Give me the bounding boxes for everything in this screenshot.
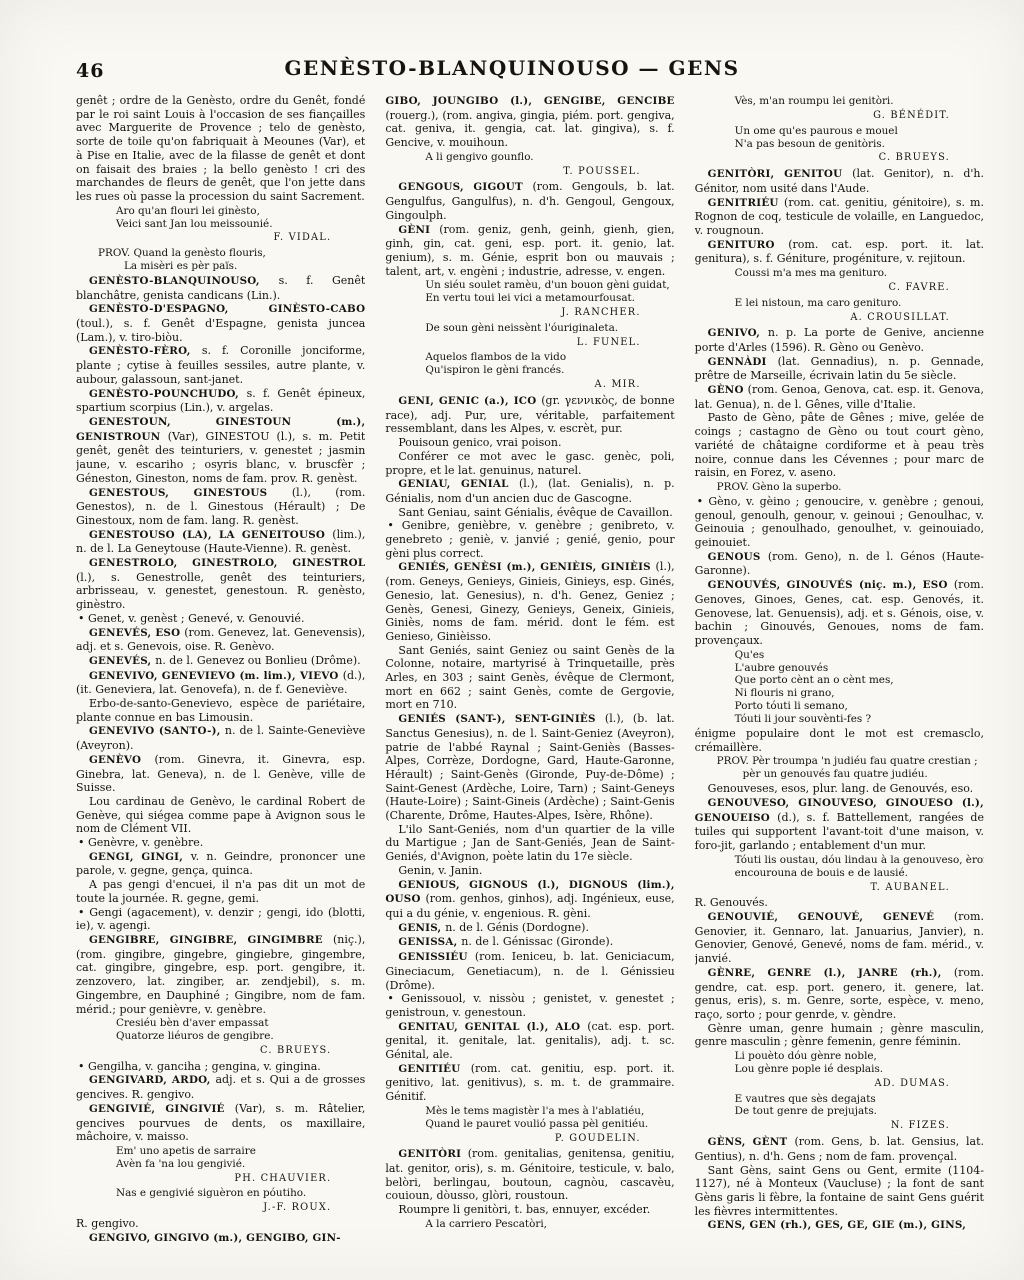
- verse-line: N'a pas besoun de genitòris.: [735, 138, 984, 151]
- entry-headword: GENESTOUSO (LA), LA GENEITOUSO: [89, 529, 332, 541]
- paragraph: • Genet, v. genèst ; Genevé, v. Genouvié…: [76, 612, 365, 626]
- dictionary-entry: GENÈSTO-BLANQUINOUSO, s. f. Genêt blanch…: [76, 274, 365, 302]
- verse-line: E lei nistoun, ma caro genituro.: [735, 297, 984, 310]
- paragraph: énigme populaire dont le mot est cremasc…: [695, 727, 984, 754]
- dictionary-entry: GENI, GENIC (a.), ICO (gr. γεννικὸς, de …: [385, 394, 674, 436]
- entry-headword: GENEVIVO, GENEVIEVO (m. lim.), VIEVO: [89, 670, 343, 682]
- citation-author: A. MIR.: [385, 378, 674, 392]
- verse-line: Un siéu soulet ramèu, d'un bouon gèni gu…: [425, 279, 674, 292]
- verse-line: Que porto cènt an o cènt mes,: [735, 674, 984, 687]
- verse-quote: Qu'esL'aubre genouvésQue porto cènt an o…: [735, 649, 984, 726]
- dictionary-entry: GENIÉS (SANT-), SENT-GINIÈS (l.), (b. la…: [385, 712, 674, 823]
- paragraph: Lou cardinau de Genèvo, le cardinal Robe…: [76, 795, 365, 836]
- verse-line: Tóuti li jour souvènti-fes ?: [735, 713, 984, 726]
- dictionary-entry: GENÈVO (rom. Ginevra, it. Ginevra, esp. …: [76, 753, 365, 795]
- verse-line: Cresiéu bèn d'aver empassat: [116, 1017, 365, 1030]
- verse-line: E vautres que sès degajats: [735, 1093, 984, 1106]
- text-columns: genêt ; ordre de la Genèsto, ordre du Ge…: [76, 94, 984, 1260]
- paragraph: Erbo-de-santo-Genevievo, espèce de parié…: [76, 697, 365, 724]
- dictionary-entry: GENS, GEN (rh.), GES, GE, GIE (m.), GINS…: [695, 1218, 984, 1233]
- prov-line: PROV. Quand la genèsto flouris,: [98, 247, 365, 260]
- paragraph: • Gèno, v. gèino ; genoucire, v. genèbre…: [695, 495, 984, 550]
- verse-quote: E lei nistoun, ma caro genituro.: [735, 297, 984, 310]
- entry-headword: GENOUVESO, GINOUVESO, GINOUESO (l.), GEN…: [695, 797, 984, 824]
- dictionary-entry: GENESTOUS, GINESTOUS (l.), (rom. Genesto…: [76, 486, 365, 528]
- citation-author: L. FUNEL.: [385, 336, 674, 350]
- paragraph: Roumpre li genitòri, t. bas, ennuyer, ex…: [385, 1203, 674, 1217]
- entry-headword: GENITIÉU: [398, 1063, 470, 1075]
- verse-quote: Aquelos flambos de la vidoQu'ispiron le …: [425, 351, 674, 377]
- dictionary-entry: GENITURO (rom. cat. esp. port. it. lat. …: [695, 238, 984, 266]
- entry-headword: GENIVO,: [708, 327, 768, 339]
- verse-quote: E vautres que sès degajatsDe tout genre …: [735, 1093, 984, 1119]
- proverb: PROV. Gèno la superbo.: [717, 481, 984, 494]
- verse-line: Un ome qu'es paurous e mouel: [735, 125, 984, 138]
- entry-headword: GENEVIVO (SANTO-),: [89, 725, 225, 737]
- verse-quote: Nas e gengivié siguèron en póutiho.: [116, 1187, 365, 1200]
- citation-author: C. FAVRE.: [695, 281, 984, 295]
- dictionary-entry: GENITÒRI (rom. genitalias, genitensa, ge…: [385, 1147, 674, 1203]
- entry-headword: GENIÉS (SANT-), SENT-GINIÈS: [398, 713, 605, 725]
- dictionary-entry: GENISSIÉU (rom. Ieniceu, b. lat. Genicia…: [385, 950, 674, 992]
- entry-headword: GENÈVO: [89, 754, 154, 766]
- dictionary-entry: GENOUVIÉ, GENOUVÉ, GENEVÉ (rom. Genovier…: [695, 910, 984, 966]
- verse-line: Ni flouris ni grano,: [735, 687, 984, 700]
- entry-headword: GENÈSTO-POUNCHUDO,: [89, 388, 247, 400]
- verse-line: Vès, m'an roumpu lei genitòri.: [735, 95, 984, 108]
- paragraph: genêt ; ordre de la Genèsto, ordre du Ge…: [76, 94, 365, 204]
- entry-headword: GENÈSTO-BLANQUINOUSO,: [89, 275, 279, 287]
- verse-line: encourouna de bouis e de lausié.: [735, 867, 984, 880]
- dictionary-entry: GENGIVO, GINGIVO (m.), GENGIBO, GIN-: [76, 1231, 365, 1246]
- verse-line: Qu'ispiron le gèni francés.: [425, 364, 674, 377]
- prov-line: La misèri es pèr païs.: [124, 260, 365, 273]
- entry-headword: GENITURO: [708, 239, 789, 251]
- verse-quote: Cresiéu bèn d'aver empassatQuatorze liéu…: [116, 1017, 365, 1043]
- dictionary-entry: GENITRIÉU (rom. cat. genitiu, génitoire)…: [695, 196, 984, 238]
- paragraph: Sant Geniés, saint Geniez ou saint Genès…: [385, 644, 674, 713]
- dictionary-entry: GÈNO (rom. Genoa, Genova, cat. esp. it. …: [695, 383, 984, 411]
- verse-line: Aquelos flambos de la vido: [425, 351, 674, 364]
- paragraph: L'ilo Sant-Geniés, nom d'un quartier de …: [385, 823, 674, 864]
- dictionary-entry: GENEVÉS, ESO (rom. Genevez, lat. Geneven…: [76, 626, 365, 654]
- citation-author: T. AUBANEL.: [695, 881, 984, 895]
- paragraph: Sant Gèns, saint Gens ou Gent, ermite (1…: [695, 1164, 984, 1219]
- citation-author: G. BÉNÉDIT.: [695, 109, 984, 123]
- citation-author: F. VIDAL.: [76, 231, 365, 245]
- paragraph: • Genibre, genièbre, v. genèbre ; genibr…: [385, 519, 674, 560]
- entry-headword: GÈNRE, GENRE (l.), JANRE (rh.),: [708, 967, 954, 979]
- verse-line: De tout genre de prejujats.: [735, 1105, 984, 1118]
- entry-headword: GENESTOUN, GINESTOUN (m.), GENISTROUN: [76, 416, 365, 443]
- citation-author: PH. CHAUVIER.: [76, 1172, 365, 1186]
- text-column-2: GIBO, JOUNGIBO (l.), GENGIBE, GENCIBE (r…: [385, 94, 674, 1260]
- verse-quote: Vès, m'an roumpu lei genitòri.: [735, 95, 984, 108]
- proverb: PROV. Pèr troumpa 'n judiéu fau quatre c…: [717, 755, 984, 781]
- dictionary-entry: GENESTOUSO (LA), LA GENEITOUSO (lim.), n…: [76, 528, 365, 556]
- verse-line: Li pouèto dóu gènre noble,: [735, 1050, 984, 1063]
- verse-line: A li gengivo gounflo.: [425, 151, 674, 164]
- dictionary-entry: GENÈSTO-POUNCHUDO, s. f. Genêt épineux, …: [76, 387, 365, 415]
- dictionary-entry: GENGOUS, GIGOUT (rom. Gengouls, b. lat. …: [385, 180, 674, 222]
- verse-line: Quand le pauret voulió passa pèl genitié…: [425, 1118, 674, 1131]
- verse-line: Lou gènre pople ié desplais.: [735, 1063, 984, 1076]
- dictionary-entry: GENÈSTO-D'ESPAGNO, GINÈSTO-CABO (toul.),…: [76, 302, 365, 344]
- entry-headword: GENEVÉS, ESO: [89, 627, 184, 639]
- citation-author: J.-F. ROUX.: [76, 1201, 365, 1215]
- dictionary-entry: GENEVIVO, GENEVIEVO (m. lim.), VIEVO (d.…: [76, 669, 365, 697]
- verse-line: Qu'es: [735, 649, 984, 662]
- citation-author: J. RANCHER.: [385, 306, 674, 320]
- dictionary-entry: GÈNI (rom. geniz, genh, geinh, gienh, gi…: [385, 223, 674, 279]
- dictionary-entry: GENESTROLO, GINESTROLO, GINESTROL (l.), …: [76, 556, 365, 612]
- entry-headword: GIBO, JOUNGIBO (l.), GENGIBE, GENCIBE: [385, 95, 674, 107]
- dictionary-entry: GENEVIVO (SANTO-), n. de l. Sainte-Genev…: [76, 724, 365, 752]
- dictionary-entry: GENGIBRE, GINGIBRE, GINGIMBRE (niç.), (r…: [76, 933, 365, 1016]
- text-column-1: genêt ; ordre de la Genèsto, ordre du Ge…: [76, 94, 365, 1260]
- dictionary-entry: GENITAU, GENITAL (l.), ALO (cat. esp. po…: [385, 1020, 674, 1062]
- paragraph: A pas gengi d'encuei, il n'a pas dit un …: [76, 878, 365, 905]
- entry-headword: GENIOUS, GIGNOUS (l.), DIGNOUS (lim.), O…: [385, 879, 674, 906]
- verse-quote: Tóuti lis oustau, dóu lindau à la genouv…: [735, 854, 984, 880]
- citation-author: AD. DUMAS.: [695, 1077, 984, 1091]
- page-header: 46 GENÈSTO-BLANQUINOUSO — GENS: [0, 56, 1024, 90]
- verse-line: Porto tóuti li semano,: [735, 700, 984, 713]
- entry-headword: GENGI, GINGI,: [89, 851, 191, 863]
- paragraph: Genouveses, esos, plur. lang. de Genouvé…: [695, 782, 984, 796]
- entry-headword: GENGIVO, GINGIVO (m.), GENGIBO, GIN-: [89, 1232, 341, 1244]
- verse-quote: A li gengivo gounflo.: [425, 151, 674, 164]
- paragraph: • Gengilha, v. ganciha ; gengina, v. gin…: [76, 1060, 365, 1074]
- entry-headword: GENOUS: [708, 551, 768, 563]
- dictionary-entry: GENOUS (rom. Geno), n. de l. Génos (Haut…: [695, 550, 984, 578]
- entry-headword: GENGIVARD, ARDO,: [89, 1074, 215, 1086]
- paragraph: • Genissouol, v. nissòu ; genistet, v. g…: [385, 992, 674, 1019]
- verse-line: Em' uno apetis de sarraire: [116, 1145, 365, 1158]
- verse-quote: Coussi m'a mes ma genituro.: [735, 267, 984, 280]
- dictionary-entry: GENIAU, GENIAL (l.), (lat. Genialis), n.…: [385, 477, 674, 505]
- prov-line: pèr un genouvés fau quatre judiéu.: [743, 768, 984, 781]
- entry-headword: GENNÀDI: [708, 356, 778, 368]
- dictionary-entry: GENÈSTO-FÈRO, s. f. Coronille jonciforme…: [76, 344, 365, 386]
- citation-author: A. CROUSILLAT.: [695, 311, 984, 325]
- entry-headword: GENOUVIÉ, GENOUVÉ, GENEVÉ: [708, 911, 954, 923]
- running-title: GENÈSTO-BLANQUINOUSO — GENS: [0, 56, 1024, 80]
- verse-line: A la carriero Pescatòri,: [425, 1218, 674, 1231]
- verse-quote: A la carriero Pescatòri,: [425, 1218, 674, 1231]
- paragraph: R. Genouvés.: [695, 896, 984, 910]
- entry-headword: GENS, GEN (rh.), GES, GE, GIE (m.), GINS…: [708, 1219, 966, 1231]
- verse-line: Tóuti lis oustau, dóu lindau à la genouv…: [735, 854, 984, 867]
- entry-headword: GENITAU, GENITAL (l.), ALO: [398, 1021, 587, 1033]
- prov-line: PROV. Pèr troumpa 'n judiéu fau quatre c…: [717, 755, 984, 768]
- citation-author: T. POUSSEL.: [385, 165, 674, 179]
- dictionary-entry: GENOUVESO, GINOUVESO, GINOUESO (l.), GEN…: [695, 796, 984, 853]
- verse-line: Avèn fa 'na lou gengivié.: [116, 1158, 365, 1171]
- text-column-3: Vès, m'an roumpu lei genitòri.G. BÉNÉDIT…: [695, 94, 984, 1260]
- verse-line: En vertu toui lei vici a metamourfousat.: [425, 292, 674, 305]
- verse-quote: De soun gèni neissènt l'óuriginaleta.: [425, 322, 674, 335]
- entry-headword: GENGOUS, GIGOUT: [398, 181, 532, 193]
- paragraph: Conférer ce mot avec le gasc. genèc, pol…: [385, 450, 674, 477]
- entry-headword: GENÈSTO-FÈRO,: [89, 345, 202, 357]
- dictionary-entry: GENGIVARD, ARDO, adj. et s. Qui a de gro…: [76, 1073, 365, 1101]
- entry-headword: GENITÒRI: [398, 1148, 467, 1160]
- dictionary-entry: GENIS, n. de l. Génis (Dordogne).: [385, 921, 674, 936]
- entry-headword: GÈNS, GÈNT: [708, 1136, 795, 1148]
- dictionary-entry: GENEVÉS, n. de l. Genevez ou Bonlieu (Dr…: [76, 654, 365, 669]
- verse-line: Nas e gengivié siguèron en póutiho.: [116, 1187, 365, 1200]
- entry-headword: GENESTROLO, GINESTROLO, GINESTROL: [89, 557, 365, 569]
- verse-quote: Li pouèto dóu gènre noble,Lou gènre popl…: [735, 1050, 984, 1076]
- entry-headword: GENITRIÉU: [708, 197, 784, 209]
- citation-author: N. FIZES.: [695, 1119, 984, 1133]
- paragraph: Pouisoun genico, vrai poison.: [385, 436, 674, 450]
- dictionary-entry: GENIVO, n. p. La porte de Genive, ancien…: [695, 326, 984, 354]
- entry-headword: GENÈSTO-D'ESPAGNO, GINÈSTO-CABO: [89, 303, 365, 315]
- entry-headword: GENGIBRE, GINGIBRE, GINGIMBRE: [89, 934, 333, 946]
- verse-line: Veici sant Jan lou meissounié.: [116, 218, 365, 231]
- verse-line: De soun gèni neissènt l'óuriginaleta.: [425, 322, 674, 335]
- entry-headword: GENIAU, GENIAL: [398, 478, 519, 490]
- verse-quote: Un siéu soulet ramèu, d'un bouon gèni gu…: [425, 279, 674, 305]
- verse-quote: Mès le tems magistèr l'a mes à l'ablatié…: [425, 1105, 674, 1131]
- dictionary-entry: GENITÒRI, GENITOU (lat. Genitor), n. d'h…: [695, 167, 984, 195]
- dictionary-entry: GENIOUS, GIGNOUS (l.), DIGNOUS (lim.), O…: [385, 878, 674, 921]
- dictionary-entry: GENOUVÉS, GINOUVÉS (niç. m.), ESO (rom. …: [695, 578, 984, 648]
- entry-headword: GENIS,: [398, 922, 445, 934]
- dictionary-entry: GENESTOUN, GINESTOUN (m.), GENISTROUN (V…: [76, 415, 365, 486]
- verse-quote: Em' uno apetis de sarraireAvèn fa 'na lo…: [116, 1145, 365, 1171]
- verse-line: L'aubre genouvés: [735, 662, 984, 675]
- entry-headword: GÈNO: [708, 384, 748, 396]
- dictionary-entry: GENITIÉU (rom. cat. genitiu, esp. port. …: [385, 1062, 674, 1104]
- entry-headword: GENISSA,: [398, 936, 461, 948]
- citation-author: C. BRUEYS.: [76, 1044, 365, 1058]
- dictionary-entry: GÈNRE, GENRE (l.), JANRE (rh.), (rom. ge…: [695, 966, 984, 1022]
- entry-headword: GENI, GENIC (a.), ICO: [398, 395, 541, 407]
- dictionary-entry: GÈNS, GÈNT (rom. Gens, b. lat. Gensius, …: [695, 1135, 984, 1163]
- dictionary-entry: GENNÀDI (lat. Gennadius), n. p. Gennade,…: [695, 355, 984, 383]
- paragraph: R. gengivo.: [76, 1217, 365, 1231]
- paragraph: Pasto de Gèno, pâte de Gênes ; mive, gel…: [695, 411, 984, 480]
- verse-quote: Un ome qu'es paurous e mouelN'a pas beso…: [735, 125, 984, 151]
- dictionary-entry: GENIÉS, GENÈSI (m.), GENIÈIS, GINIÈIS (l…: [385, 560, 674, 643]
- entry-headword: GENISSIÉU: [398, 951, 475, 963]
- entry-headword: GENGIVIÉ, GINGIVIÉ: [89, 1103, 235, 1115]
- paragraph: • Genèvre, v. genèbre.: [76, 836, 365, 850]
- entry-headword: GENESTOUS, GINESTOUS: [89, 487, 292, 499]
- dictionary-page: 46 GENÈSTO-BLANQUINOUSO — GENS genêt ; o…: [0, 0, 1024, 1280]
- dictionary-entry: GENGI, GINGI, v. n. Geindre, prononcer u…: [76, 850, 365, 878]
- verse-line: Aro qu'an flouri lei ginèsto,: [116, 205, 365, 218]
- dictionary-entry: GIBO, JOUNGIBO (l.), GENGIBE, GENCIBE (r…: [385, 94, 674, 150]
- verse-line: Coussi m'a mes ma genituro.: [735, 267, 984, 280]
- dictionary-entry: GENGIVIÉ, GINGIVIÉ (Var), s. m. Râtelier…: [76, 1102, 365, 1144]
- verse-line: Quatorze liéuros de gengibre.: [116, 1030, 365, 1043]
- entry-headword: GENIÉS, GENÈSI (m.), GENIÈIS, GINIÈIS: [398, 561, 655, 573]
- citation-author: C. BRUEYS.: [695, 151, 984, 165]
- prov-line: PROV. Gèno la superbo.: [717, 481, 984, 494]
- citation-author: P. GOUDELIN.: [385, 1132, 674, 1146]
- entry-headword: GÈNI: [398, 224, 439, 236]
- paragraph: • Gengi (agacement), v. denzir ; gengi, …: [76, 906, 365, 933]
- proverb: PROV. Quand la genèsto flouris,La misèri…: [98, 247, 365, 273]
- paragraph: Sant Geniau, saint Génialis, évêque de C…: [385, 506, 674, 520]
- dictionary-entry: GENISSA, n. de l. Génissac (Gironde).: [385, 935, 674, 950]
- entry-headword: GENOUVÉS, GINOUVÉS (niç. m.), ESO: [708, 579, 954, 591]
- paragraph: Genin, v. Janin.: [385, 864, 674, 878]
- verse-quote: Aro qu'an flouri lei ginèsto,Veici sant …: [116, 205, 365, 231]
- entry-headword: GENEVÉS,: [89, 655, 155, 667]
- entry-headword: GENITÒRI, GENITOU: [708, 168, 853, 180]
- verse-line: Mès le tems magistèr l'a mes à l'ablatié…: [425, 1105, 674, 1118]
- paragraph: Gènre uman, genre humain ; gènre masculi…: [695, 1022, 984, 1049]
